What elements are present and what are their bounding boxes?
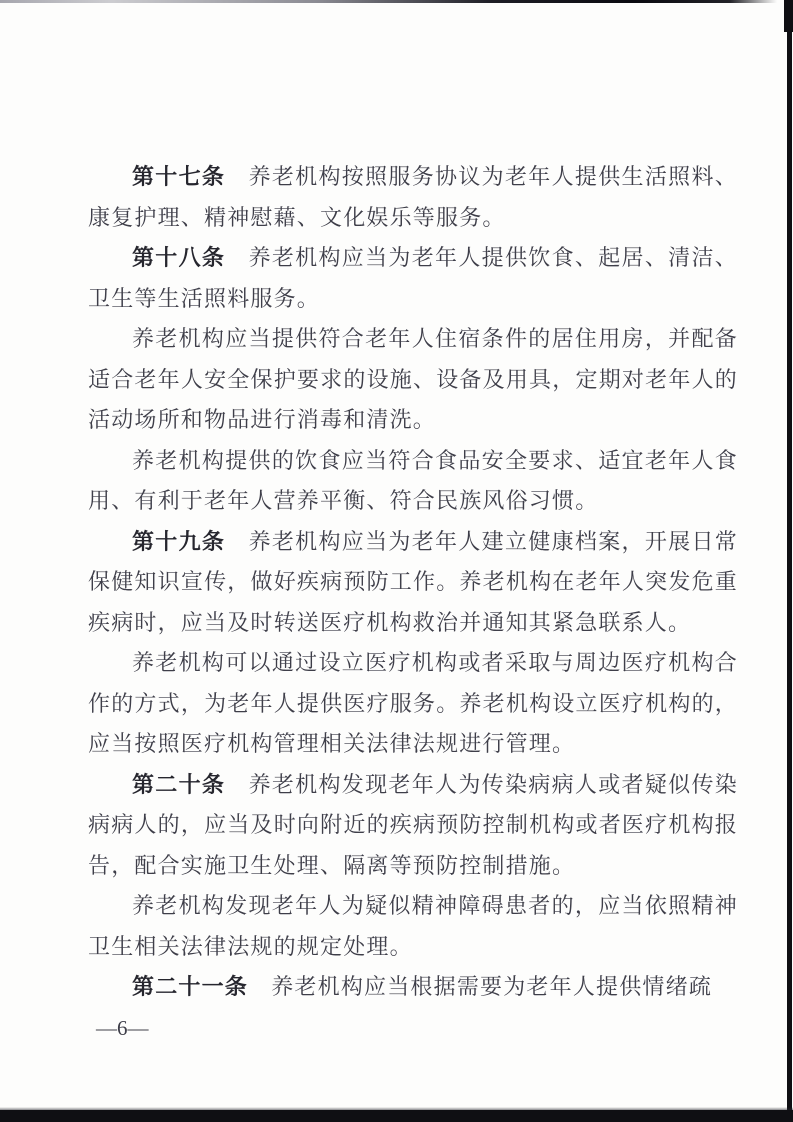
paragraph: 第二十条养老机构发现老年人为传染病病人或者疑似传染病病人的，应当及时向附近的疾病… [88,765,738,887]
paragraph: 养老机构发现老年人为疑似精神障碍患者的，应当依照精神卫生相关法律法规的规定处理。 [88,886,738,967]
document-page: 第十七条养老机构按照服务协议为老年人提供生活照料、康复护理、精神慰藉、文化娱乐等… [0,0,793,1122]
article-number: 第十九条 [132,529,249,554]
scan-edge-right [787,7,792,1122]
paragraph: 养老机构应当提供符合老年人住宿条件的居住用房，并配备适合老年人安全保护要求的设施… [88,319,738,441]
scan-edge-top [0,0,793,3]
page-number: —6— [96,1013,149,1043]
paragraph: 第十七条养老机构按照服务协议为老年人提供生活照料、康复护理、精神慰藉、文化娱乐等… [88,157,738,238]
article-number: 第二十一条 [132,974,271,999]
paragraph-text: 养老机构发现老年人为疑似精神障碍患者的，应当依照精神卫生相关法律法规的规定处理。 [88,893,738,959]
document-body: 第十七条养老机构按照服务协议为老年人提供生活照料、康复护理、精神慰藉、文化娱乐等… [88,157,738,1008]
paragraph: 第十八条养老机构应当为老年人提供饮食、起居、清洁、卫生等生活照料服务。 [88,238,738,319]
paragraph: 养老机构可以通过设立医疗机构或者采取与周边医疗机构合作的方式，为老年人提供医疗服… [88,643,738,765]
article-number: 第十八条 [132,245,249,270]
paragraph: 第二十一条养老机构应当根据需要为老年人提供情绪疏 [88,967,738,1008]
paragraph: 养老机构提供的饮食应当符合食品安全要求、适宜老年人食用、有利于老年人营养平衡、符… [88,441,738,522]
paragraph: 第十九条养老机构应当为老年人建立健康档案，开展日常保健知识宣传，做好疾病预防工作… [88,522,738,644]
paragraph-text: 养老机构可以通过设立医疗机构或者采取与周边医疗机构合作的方式，为老年人提供医疗服… [88,650,738,756]
article-number: 第十七条 [132,164,249,189]
article-number: 第二十条 [132,772,249,797]
paragraph-text: 养老机构应当根据需要为老年人提供情绪疏 [271,974,712,999]
scan-edge-bottom [0,1110,793,1122]
paragraph-text: 养老机构提供的饮食应当符合食品安全要求、适宜老年人食用、有利于老年人营养平衡、符… [88,448,738,514]
paragraph-text: 养老机构应当提供符合老年人住宿条件的居住用房，并配备适合老年人安全保护要求的设施… [88,326,738,432]
